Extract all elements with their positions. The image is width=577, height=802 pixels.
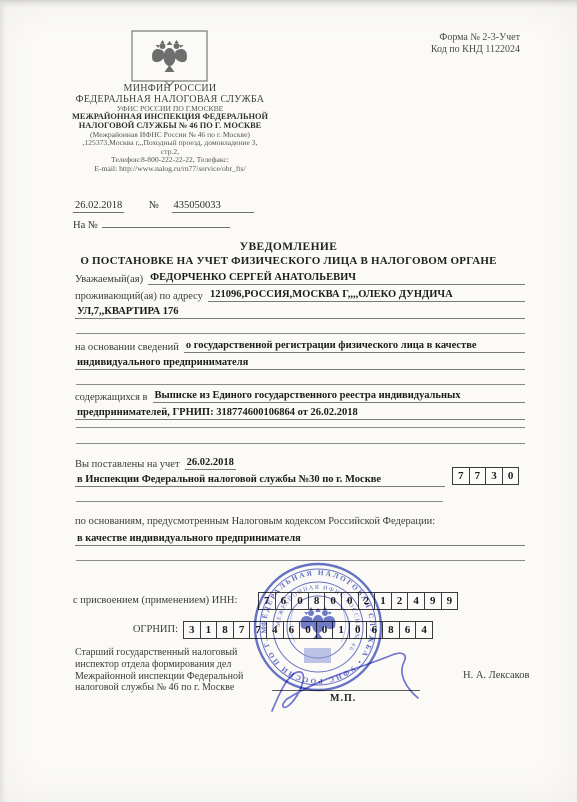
document-number: 435050033 bbox=[172, 200, 254, 213]
reference-line: 26.02.2018 № 435050033 bbox=[73, 200, 254, 213]
rule-line bbox=[303, 533, 525, 546]
greeting-row: Уважаемый(ая) ФЕДОРЧЕНКО СЕРГЕЙ АНАТОЛЬЕ… bbox=[75, 272, 525, 285]
address-row-2: УЛ,7,,КВАРТИРА 176 bbox=[75, 306, 525, 319]
contained-label: содержащихся в bbox=[75, 392, 153, 403]
contained-row: содержащихся в Выписке из Единого госуда… bbox=[75, 390, 525, 403]
document-subtitle: О ПОСТАНОВКЕ НА УЧЕТ ФИЗИЧЕСКОГО ЛИЦА В … bbox=[0, 255, 577, 267]
rule-line bbox=[76, 384, 525, 385]
inn-digit: 4 bbox=[407, 592, 425, 610]
address-label: проживающий(ая) по адресу bbox=[75, 291, 208, 302]
recipient-name: ФЕДОРЧЕНКО СЕРГЕЙ АНАТОЛЬЕВИЧ bbox=[148, 272, 358, 285]
signature bbox=[258, 640, 433, 718]
rule-line bbox=[181, 306, 525, 319]
inn-digit: 1 bbox=[374, 592, 392, 610]
inspection-row: в Инспекции Федеральной налоговой службы… bbox=[75, 474, 445, 487]
official-title-line: Межрайонной инспекции Федеральной bbox=[75, 671, 275, 683]
stamp-hatch-box bbox=[304, 648, 331, 663]
official-title-line: инспектор отдела формирования дел bbox=[75, 659, 275, 671]
grounds-value: в качестве индивидуального предпринимате… bbox=[75, 533, 303, 546]
address-value-line1: 121096,РОССИЯ,МОСКВА Г,,,,ОЛЕКО ДУНДИЧА bbox=[208, 289, 455, 302]
rule-line bbox=[462, 390, 525, 403]
inn-label: с присвоением (применением) ИНН: bbox=[73, 595, 237, 606]
code-digit: 7 bbox=[469, 467, 487, 485]
ogrnip-digit: 4 bbox=[266, 621, 284, 639]
grounds-row: по основаниям, предусмотренным Налоговым… bbox=[75, 516, 525, 527]
rule-line bbox=[250, 357, 525, 370]
coat-of-arms-icon bbox=[131, 30, 208, 88]
official-name: Н. А. Лексаков bbox=[463, 670, 529, 681]
ogrnip-digit: 0 bbox=[299, 621, 317, 639]
inn-digit: 2 bbox=[358, 592, 376, 610]
ogrnip-digit: 1 bbox=[200, 621, 218, 639]
inn-digit: 9 bbox=[424, 592, 442, 610]
official-title-block: Старший государственный налоговый инспек… bbox=[75, 647, 275, 694]
document-date: 26.02.2018 bbox=[73, 200, 124, 213]
registered-label: Вы поставлены на учет bbox=[75, 459, 185, 470]
rule-line bbox=[76, 443, 525, 444]
grounds-label: по основаниям, предусмотренным Налоговым… bbox=[75, 516, 440, 527]
ogrnip-digit: 6 bbox=[366, 621, 384, 639]
ogrnip-digit: 3 bbox=[183, 621, 201, 639]
basis-value-line2: индивидуального предпринимателя bbox=[75, 357, 250, 370]
address-row: проживающий(ая) по адресу 121096,РОССИЯ,… bbox=[75, 289, 525, 302]
code-digit: 7 bbox=[452, 467, 470, 485]
rule-line bbox=[76, 333, 525, 334]
ogrnip-digit: 7 bbox=[233, 621, 251, 639]
inn-digit: 6 bbox=[275, 592, 293, 610]
seal-place-mark: М.П. bbox=[330, 693, 356, 704]
agency-line: E-mail: http://www.nalog.ru/rn77/service… bbox=[25, 165, 315, 173]
contained-row-2: предпринимателей, ГРНИП: 318774600106864… bbox=[75, 407, 525, 420]
ogrnip-digit: 0 bbox=[316, 621, 334, 639]
form-number: Форма № 2-3-Учет bbox=[431, 32, 520, 44]
rule-line bbox=[360, 407, 525, 420]
document-title: УВЕДОМЛЕНИЕ bbox=[0, 241, 577, 253]
agency-line: МИНФИН РОССИИ bbox=[25, 84, 315, 95]
ogrnip-digit: 7 bbox=[249, 621, 267, 639]
contained-value-line1: Выписке из Единого государственного реес… bbox=[153, 390, 463, 403]
ogrnip-digit: 6 bbox=[283, 621, 301, 639]
incoming-label: На № bbox=[73, 220, 98, 231]
ogrnip-digit: 0 bbox=[349, 621, 367, 639]
code-digit: 0 bbox=[502, 467, 520, 485]
inn-digit: 9 bbox=[441, 592, 459, 610]
ogrnip-digit: 1 bbox=[332, 621, 350, 639]
rule-line bbox=[76, 501, 443, 502]
inn-digit: 0 bbox=[291, 592, 309, 610]
rule-line bbox=[383, 474, 445, 487]
incoming-reference-line: На № bbox=[73, 216, 230, 231]
official-title-line: Старший государственный налоговый bbox=[75, 647, 275, 659]
incoming-number-blank bbox=[102, 216, 230, 228]
rule-line bbox=[455, 289, 525, 302]
inspection-name: в Инспекции Федеральной налоговой службы… bbox=[75, 474, 383, 487]
rule-line bbox=[76, 427, 525, 428]
inn-boxes: 7 6 0 8 0 0 2 1 2 4 9 9 bbox=[258, 592, 458, 610]
rule-line bbox=[479, 340, 525, 353]
inn-digit: 0 bbox=[324, 592, 342, 610]
number-sign: № bbox=[149, 200, 159, 211]
ogrnip-digit: 4 bbox=[415, 621, 433, 639]
ogrnip-digit: 8 bbox=[382, 621, 400, 639]
inn-digit: 7 bbox=[258, 592, 276, 610]
ogrnip-boxes: 3 1 8 7 7 4 6 0 0 1 0 6 8 6 4 bbox=[183, 621, 433, 639]
address-value-line2: УЛ,7,,КВАРТИРА 176 bbox=[75, 306, 181, 319]
rule-line bbox=[358, 272, 525, 285]
ogrnip-digit: 6 bbox=[399, 621, 417, 639]
inspection-code-boxes: 7 7 3 0 bbox=[452, 467, 519, 485]
registration-date: 26.02.2018 bbox=[185, 457, 236, 470]
basis-row-2: индивидуального предпринимателя bbox=[75, 357, 525, 370]
basis-row: на основании сведений о государственной … bbox=[75, 340, 525, 353]
knd-code: Код по КНД 1122024 bbox=[431, 44, 520, 56]
inn-digit: 8 bbox=[308, 592, 326, 610]
basis-label: на основании сведений bbox=[75, 342, 184, 353]
contained-value-line2: предпринимателей, ГРНИП: 318774600106864… bbox=[75, 407, 360, 420]
greeting-label: Уважаемый(ая) bbox=[75, 274, 148, 285]
scanned-tax-notification-document: Форма № 2-3-Учет Код по КНД 1122024 МИНФ… bbox=[0, 0, 577, 802]
ogrnip-digit: 8 bbox=[216, 621, 234, 639]
signature-line bbox=[272, 690, 420, 691]
agency-header: МИНФИН РОССИИ ФЕДЕРАЛЬНАЯ НАЛОГОВАЯ СЛУЖ… bbox=[25, 84, 315, 173]
ogrnip-label: ОГРНИП: bbox=[75, 624, 178, 635]
inn-digit: 0 bbox=[341, 592, 359, 610]
code-digit: 3 bbox=[485, 467, 503, 485]
official-title-line: налоговой службы № 46 по г. Москве bbox=[75, 682, 275, 694]
grounds-value-row: в качестве индивидуального предпринимате… bbox=[75, 533, 525, 546]
rule-line bbox=[76, 560, 525, 561]
inn-digit: 2 bbox=[391, 592, 409, 610]
basis-value-line1: о государственной регистрации физическог… bbox=[184, 340, 479, 353]
form-code-block: Форма № 2-3-Учет Код по КНД 1122024 bbox=[431, 32, 520, 56]
